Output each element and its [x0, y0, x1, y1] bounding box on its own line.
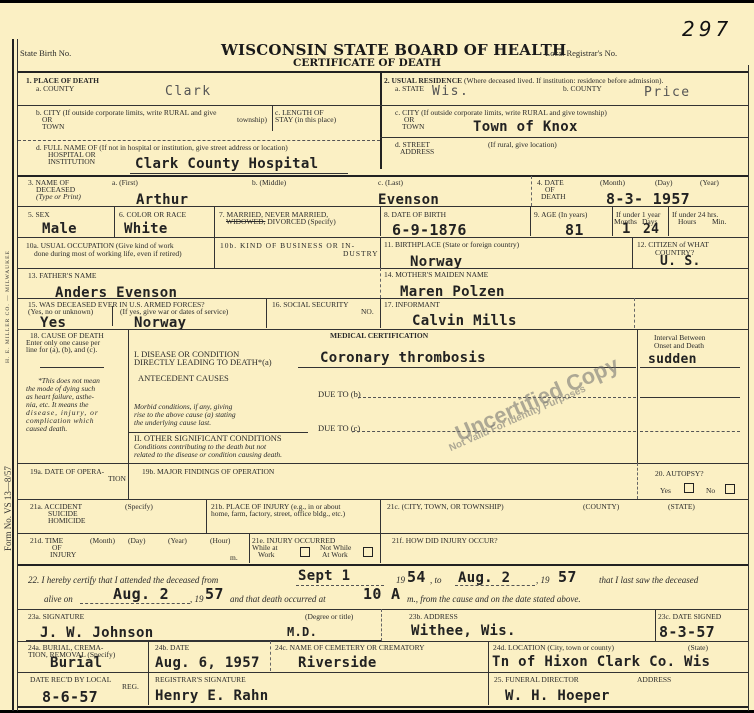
- cause-instructions: line for (a), (b), and (c).: [26, 346, 97, 354]
- row-rule: [18, 206, 748, 207]
- operation-date-label: 19a. DATE OF OPERA-: [30, 468, 104, 476]
- cell-rule: [380, 533, 381, 563]
- other-conditions-label: II. OTHER SIGNIFICANT CONDITIONS: [134, 434, 282, 442]
- min-label: Min.: [712, 218, 726, 226]
- race-label: 6. COLOR OR RACE: [119, 211, 186, 219]
- not-work-label2: At Work: [322, 551, 348, 559]
- injury-state-label: (STATE): [668, 503, 695, 511]
- marital-label2: WIDOWED, DIVORCED (Specify): [226, 218, 336, 226]
- other-note: related to the disease or condition caus…: [134, 451, 282, 459]
- cemetery-value: Riverside: [298, 655, 377, 671]
- cell-rule: [637, 329, 638, 463]
- cell-rule: [272, 105, 273, 131]
- business-label: 10b. KIND OF BUSINESS OR IN-: [220, 242, 355, 250]
- row-rule: [18, 672, 748, 673]
- cell-rule: [112, 306, 113, 326]
- informant-label: 17. INFORMANT: [384, 301, 440, 309]
- first-name-label: a. (First): [112, 179, 138, 187]
- location-value: Tn of Hixon Clark Co. Wis: [492, 654, 710, 670]
- dod-day-label: (Day): [655, 179, 673, 187]
- hospital-label3: INSTITUTION: [48, 158, 95, 166]
- death-certificate: Form No. VS 13—8/57 H. E. MILLER CO. — M…: [0, 0, 754, 713]
- cell-rule: [266, 298, 267, 328]
- row-rule: [380, 105, 748, 106]
- cell-rule: [148, 641, 149, 705]
- cell-rule: [381, 609, 382, 641]
- race-value: White: [124, 221, 168, 237]
- header-rule: [18, 71, 748, 73]
- printer-mark: H. E. MILLER CO. — MILWAUKEE: [4, 250, 12, 363]
- last-saw-text: that I last saw the deceased: [599, 576, 698, 584]
- cell-rule: [249, 533, 250, 563]
- divider: [380, 73, 382, 169]
- cell-rule: [531, 176, 532, 206]
- findings-label: 19b. MAJOR FINDINGS OF OPERATION: [142, 468, 274, 476]
- cell-rule: [270, 641, 271, 671]
- how-injury-label: 21f. HOW DID INJURY OCCUR?: [392, 537, 498, 545]
- autopsy-yes-checkbox[interactable]: [684, 483, 694, 493]
- name-label3: (Type or Print): [36, 193, 81, 201]
- underline: [358, 397, 636, 398]
- attended-to-value: Aug. 2: [458, 570, 510, 586]
- autopsy-label: 20. AUTOPSY?: [655, 470, 704, 478]
- burial-value: Burial: [50, 655, 102, 671]
- death-occurred-text: and that death occurred at: [230, 595, 326, 603]
- row-rule: [18, 268, 748, 269]
- res-city-town: TOWN: [402, 123, 424, 131]
- location-label: 24d. LOCATION (City, town or county): [493, 644, 614, 652]
- row-rule: [18, 499, 748, 500]
- line-i-label2: DIRECTLY LEADING TO DEATH*(a): [134, 358, 272, 366]
- date-received-value: 8-6-57: [42, 688, 98, 706]
- cell-rule: [632, 237, 633, 269]
- degree-value: M.D.: [287, 625, 317, 639]
- res-street-label2: ADDRESS: [400, 148, 434, 156]
- res-city-value: Town of Knox: [473, 119, 578, 135]
- dob-label: 8. DATE OF BIRTH: [384, 211, 446, 219]
- city-township-label: township): [237, 116, 267, 124]
- days-value: 24: [643, 222, 659, 237]
- sex-value: Male: [42, 221, 77, 237]
- time-of-death-value: 10 A: [363, 585, 400, 603]
- cell-rule: [380, 298, 381, 328]
- months-value: 1: [622, 221, 631, 237]
- row-rule: [18, 641, 748, 642]
- antecedent-label: ANTECEDENT CAUSES: [138, 374, 229, 382]
- row-rule: [18, 140, 380, 141]
- funeral-director-label: 25. FUNERAL DIRECTOR: [494, 676, 579, 684]
- sex-label: 5. SEX: [28, 211, 50, 219]
- degree-label: (Degree or title): [305, 613, 353, 621]
- cell-rule: [488, 641, 489, 705]
- dod-year-label: (Year): [700, 179, 719, 187]
- injury-city-label: 21c. (CITY, TOWN, OR TOWNSHIP): [387, 503, 504, 511]
- attended-to-year: 57: [558, 568, 577, 586]
- row-rule: [18, 105, 380, 106]
- dod-month-label: (Month): [600, 179, 625, 187]
- interval-value: sudden: [648, 352, 697, 367]
- homicide-label: HOMICIDE: [48, 517, 86, 525]
- autopsy-yes-label: Yes: [660, 487, 671, 495]
- state-birth-no-label: State Birth No.: [20, 49, 71, 57]
- county-label: a. COUNTY: [36, 85, 74, 93]
- row-rule: [18, 533, 748, 534]
- father-label: 13. FATHER'S NAME: [28, 272, 97, 280]
- date-received-label2: REG.: [122, 683, 139, 691]
- funeral-address-label: ADDRESS: [637, 676, 671, 684]
- nineteen-label: , 19: [536, 576, 550, 584]
- res-county-label: b. COUNTY: [563, 85, 602, 93]
- usual-residence-heading: 2. USUAL RESIDENCE (Where deceased lived…: [384, 77, 663, 85]
- injury-day-label: (Day): [128, 537, 146, 545]
- hospital-value: Clark County Hospital: [135, 156, 318, 172]
- registrar-signature-value: Henry E. Rahn: [155, 688, 268, 704]
- autopsy-no-checkbox[interactable]: [725, 484, 735, 494]
- injury-county-label: (COUNTY): [583, 503, 619, 511]
- form-subtitle: CERTIFICATE OF DEATH: [293, 57, 441, 69]
- mother-label: 14. MOTHER'S MAIDEN NAME: [384, 271, 488, 279]
- last-name-label: c. (Last): [378, 179, 403, 187]
- interval-label2: Onset and Death: [654, 342, 704, 350]
- res-county-value: Price: [644, 85, 691, 100]
- alive-on-label: alive on: [44, 595, 73, 603]
- ssn-label2: NO.: [361, 308, 374, 316]
- res-street-note: (If rural, give location): [488, 141, 557, 149]
- morbid-note: the underlying cause last.: [134, 419, 211, 427]
- injury-m-label: m.: [230, 554, 238, 562]
- nineteen-label: 19: [396, 576, 405, 584]
- row-rule: [18, 609, 748, 610]
- cemetery-label: 24c. NAME OF CEMETERY OR CREMATORY: [275, 644, 425, 652]
- cell-rule: [206, 499, 207, 533]
- signature-value: J. W. Johnson: [40, 625, 153, 641]
- cause-stated-text: m., from the cause and on the date state…: [407, 595, 581, 603]
- short-rule: [40, 367, 104, 368]
- form-number: Form No. VS 13—8/57: [4, 466, 12, 551]
- date-received-label: DATE REC'D BY LOCAL: [30, 676, 111, 684]
- res-state-value: Wis.: [432, 84, 469, 99]
- certify-text: 22. I hereby certify that I attended the…: [28, 576, 218, 584]
- injury-year-label: (Year): [168, 537, 187, 545]
- date-signed-label: 23c. DATE SIGNED: [658, 613, 721, 621]
- birthplace-label: 11. BIRTHPLACE (State or foreign country…: [384, 241, 519, 249]
- location-state-label: (State): [688, 644, 708, 652]
- registrar-signature-label: REGISTRAR'S SIGNATURE: [155, 676, 246, 684]
- operation-date-label2: TION: [108, 475, 126, 483]
- cell-rule: [530, 206, 531, 236]
- underline: [130, 173, 348, 174]
- row-rule: [18, 237, 748, 238]
- row-rule: [380, 137, 748, 138]
- alive-on-value: Aug. 2: [113, 585, 169, 603]
- cell-rule: [655, 609, 656, 641]
- underline: [640, 367, 740, 368]
- bottom-rule: [18, 706, 748, 708]
- cell-rule: [637, 463, 638, 499]
- occupation-label2: done during most of working life, even i…: [34, 250, 182, 258]
- local-registrar-label: Local Registrar's No.: [545, 49, 617, 57]
- cause-a-value: Coronary thrombosis: [320, 350, 486, 366]
- underline: [640, 397, 740, 398]
- address-label: 23b. ADDRESS: [409, 613, 458, 621]
- time-of-injury-label3: INJURY: [50, 551, 76, 559]
- ssn-label: 16. SOCIAL SECURITY: [272, 301, 349, 309]
- cell-rule: [634, 298, 635, 328]
- cell-rule: [128, 463, 129, 499]
- row-rule: [18, 298, 748, 299]
- margin-rule: [12, 39, 14, 711]
- while-at-work-checkbox[interactable]: [300, 547, 310, 557]
- res-city-label: c. CITY (If outside corporate limits, wr…: [395, 109, 607, 117]
- signature-label: 23a. SIGNATURE: [28, 613, 84, 621]
- section-rule: [18, 175, 748, 177]
- cell-rule: [380, 206, 381, 236]
- cell-rule: [668, 206, 669, 236]
- alive-on-year: 57: [205, 585, 224, 603]
- burial-date-label: 24b. DATE: [155, 644, 189, 652]
- section-rule: [18, 564, 748, 566]
- attended-from-year: 54: [407, 568, 426, 586]
- length-of-stay-label2: STAY (in this place): [275, 116, 336, 124]
- address-value: Withee, Wis.: [411, 623, 516, 639]
- footnote-line: caused death.: [26, 425, 67, 433]
- underline: [640, 431, 740, 432]
- cell-rule: [612, 206, 613, 236]
- while-work-label2: Work: [258, 551, 274, 559]
- date-signed-value: 8-3-57: [659, 623, 715, 641]
- dod-label3: DEATH: [541, 193, 566, 201]
- cell-rule: [380, 237, 381, 269]
- autopsy-no-label: No: [706, 487, 715, 495]
- cell-rule: [380, 499, 381, 533]
- injury-hour-label: (Hour): [210, 537, 230, 545]
- corner-number: 297: [682, 17, 732, 41]
- injury-place-label2: home, farm, factory, street, office bldg…: [211, 510, 345, 518]
- cell-rule: [128, 329, 129, 463]
- attended-from-value: Sept 1: [298, 568, 350, 584]
- to-label: , to: [430, 576, 442, 584]
- middle-name-label: b. (Middle): [252, 179, 286, 187]
- burial-date-value: Aug. 6, 1957: [155, 655, 260, 671]
- age-label: 9. AGE (In years): [534, 211, 587, 219]
- res-state-label: a. STATE: [395, 85, 424, 93]
- underline: [455, 585, 535, 586]
- cell-rule: [114, 206, 115, 238]
- underline: [80, 603, 190, 604]
- specify-label: (Specify): [125, 503, 153, 511]
- city-label: b. CITY (If outside corporate limits, wr…: [36, 109, 216, 117]
- hours-label: Hours: [678, 218, 696, 226]
- funeral-director-value: W. H. Hoeper: [505, 688, 610, 704]
- due-to-b-label: DUE TO (b): [318, 390, 361, 398]
- business-label2: DUSTRY: [343, 250, 379, 258]
- right-rule: [748, 65, 749, 711]
- injury-month-label: (Month): [90, 537, 115, 545]
- medical-certification-heading: MEDICAL CERTIFICATION: [330, 332, 428, 340]
- nineteen-label: , 19: [190, 595, 204, 603]
- cell-rule: [380, 268, 381, 298]
- city-town-label: TOWN: [42, 123, 64, 131]
- citizen-value: U. S.: [660, 254, 701, 269]
- informant-value: Calvin Mills: [412, 313, 517, 329]
- not-at-work-checkbox[interactable]: [363, 547, 373, 557]
- death-county-value: Clark: [165, 84, 212, 99]
